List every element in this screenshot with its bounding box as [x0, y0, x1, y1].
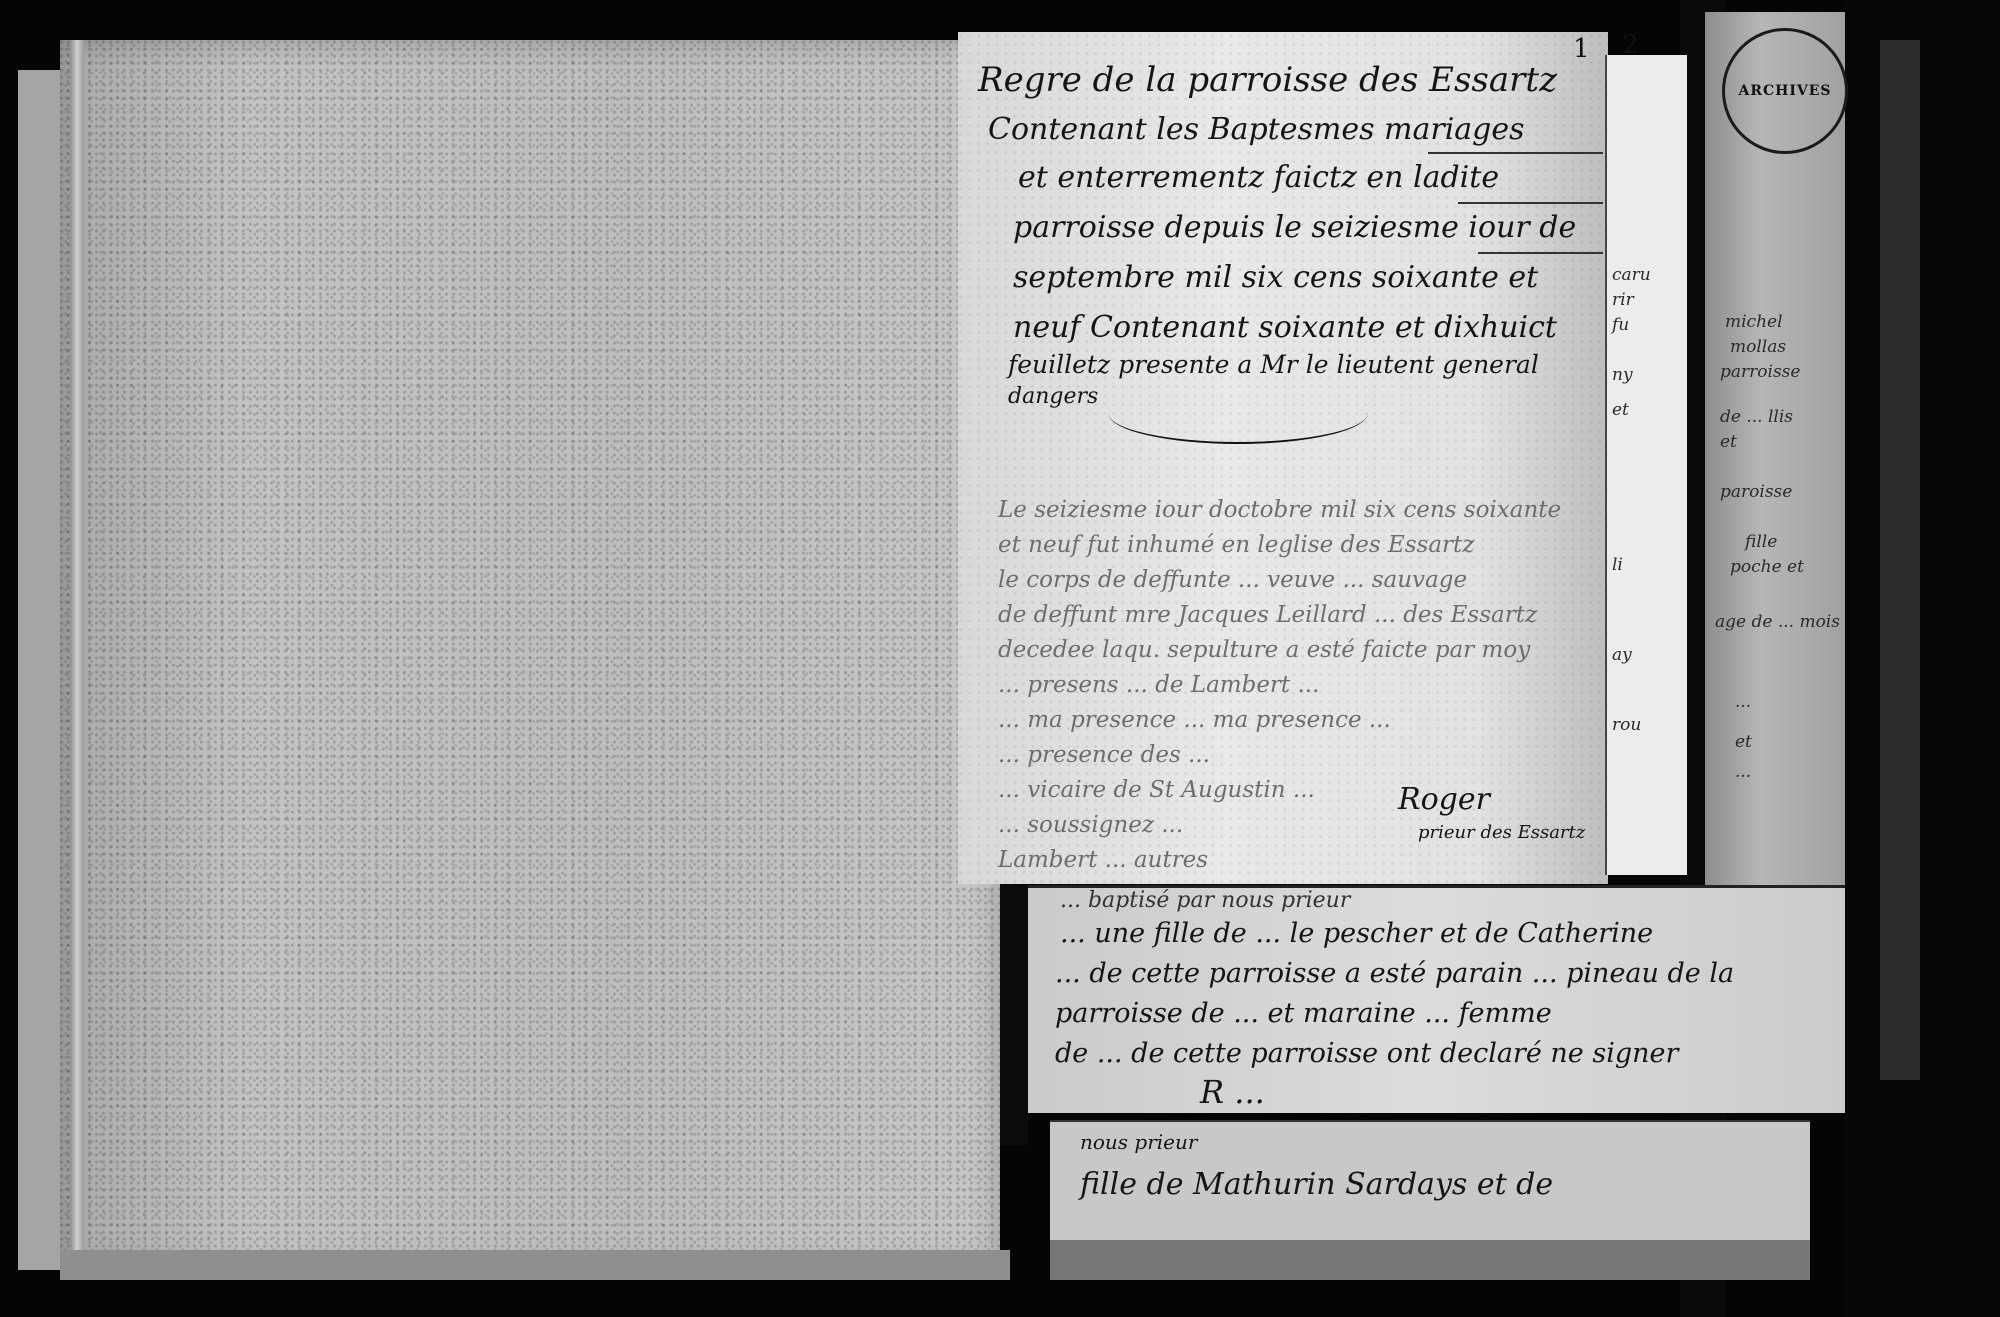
- lower-signature: R ...: [1200, 1073, 1265, 1111]
- lower-line: parroisse de ... et maraine ... femme: [1055, 998, 1552, 1029]
- lower-page-shadow-bar: [1000, 885, 1028, 1145]
- left-page-bottom-edge: [60, 1250, 1010, 1280]
- heading-line: parroisse depuis le seiziesme iour de: [1013, 210, 1576, 245]
- bottom-register-page: nous prieur fille de Mathurin Sardays et…: [1050, 1120, 1810, 1242]
- margin-fragment: rir: [1612, 290, 1634, 310]
- ruled-line: [1458, 202, 1603, 204]
- margin-fragment: ny: [1612, 365, 1633, 385]
- right-fragment: parroisse: [1720, 362, 1800, 382]
- lower-line: ... de cette parroisse a esté parain ...…: [1055, 958, 1734, 989]
- page-number: 2: [1622, 30, 1639, 60]
- margin-fragment: caru: [1612, 265, 1651, 285]
- margin-fragment: fu: [1612, 315, 1629, 335]
- lower-line: de ... de cette parroisse ont declaré ne…: [1055, 1038, 1678, 1069]
- stamp-text: ARCHIVES: [1738, 83, 1831, 99]
- heading-line: neuf Contenant soixante et dixhuict: [1013, 310, 1557, 345]
- heading-line: et enterrementz faictz en ladite: [1018, 160, 1499, 195]
- ruled-line: [1478, 252, 1603, 254]
- entry-line: ... ma presence ... ma presence ...: [998, 707, 1391, 733]
- blank-left-page: [60, 40, 1000, 1270]
- right-fragment: age de ... mois: [1715, 612, 1840, 632]
- margin-fragment: rou: [1612, 715, 1641, 735]
- entry-line: de deffunt mre Jacques Leillard ... des …: [998, 602, 1537, 628]
- entry-line: ... presence des ...: [998, 742, 1210, 768]
- bottom-line: nous prieur: [1080, 1130, 1197, 1154]
- page-number: 1: [1573, 34, 1590, 64]
- right-page-stack-edge: [1880, 40, 1920, 1080]
- right-fragment: et: [1720, 432, 1737, 452]
- heading-line: Regre de la parroisse des Essartz: [978, 60, 1557, 100]
- ruled-line: [1428, 152, 1603, 154]
- signature-roger: Roger: [1398, 782, 1490, 817]
- entry-line: ... presens ... de Lambert ...: [998, 672, 1319, 698]
- entry-line: ... vicaire de St Augustin ...: [998, 777, 1315, 803]
- right-fragment: paroisse: [1720, 482, 1792, 502]
- right-fragment: fille: [1745, 532, 1777, 552]
- right-fragment: mollas: [1730, 337, 1786, 357]
- entry-line: et neuf fut inhumé en leglise des Essart…: [998, 532, 1474, 558]
- signature-title: prieur des Essartz: [1418, 822, 1585, 843]
- right-fragment: ...: [1735, 762, 1751, 782]
- lower-register-page: ... baptisé par nous prieur ... une fill…: [1000, 885, 1845, 1113]
- entry-line: decedee laqu. sepulture a esté faicte pa…: [998, 637, 1530, 663]
- margin-fragment: et: [1612, 400, 1629, 420]
- lower-line: ... une fille de ... le pescher et de Ca…: [1060, 918, 1653, 949]
- folded-margin-strip: 2 caru rir fu ny et li ay rou: [1605, 55, 1687, 875]
- archive-stamp: ARCHIVES: [1722, 28, 1848, 154]
- right-fragment: poche et: [1730, 557, 1804, 577]
- right-fragment: ...: [1735, 692, 1751, 712]
- entry-line: ... soussignez ...: [998, 812, 1183, 838]
- heading-line: Contenant les Baptesmes mariages: [988, 112, 1525, 147]
- right-dark-edge: [1845, 0, 2000, 1317]
- lower-line: ... baptisé par nous prieur: [1060, 888, 1350, 913]
- heading-line: feuilletz presente a Mr le lieutent gene…: [1008, 350, 1539, 379]
- heading-line: septembre mil six cens soixante et: [1013, 260, 1538, 295]
- bottom-page-stack: [1050, 1240, 1810, 1280]
- entry-line: Lambert ... autres: [998, 847, 1208, 873]
- left-page-fold: [70, 40, 84, 1260]
- flourish-signature: [1108, 382, 1368, 444]
- main-register-page: 1 Regre de la parroisse des Essartz Cont…: [958, 32, 1608, 884]
- margin-fragment: ay: [1612, 645, 1632, 665]
- bottom-line: fille de Mathurin Sardays et de: [1080, 1167, 1553, 1202]
- right-fragment: de ... llis: [1720, 407, 1793, 427]
- entry-line: le corps de deffunte ... veuve ... sauva…: [998, 567, 1467, 593]
- right-fragment: et: [1735, 732, 1752, 752]
- right-fragment: michel: [1725, 312, 1783, 332]
- entry-line: Le seiziesme iour doctobre mil six cens …: [998, 497, 1561, 523]
- margin-fragment: li: [1612, 555, 1623, 575]
- heading-line: dangers: [1008, 384, 1098, 409]
